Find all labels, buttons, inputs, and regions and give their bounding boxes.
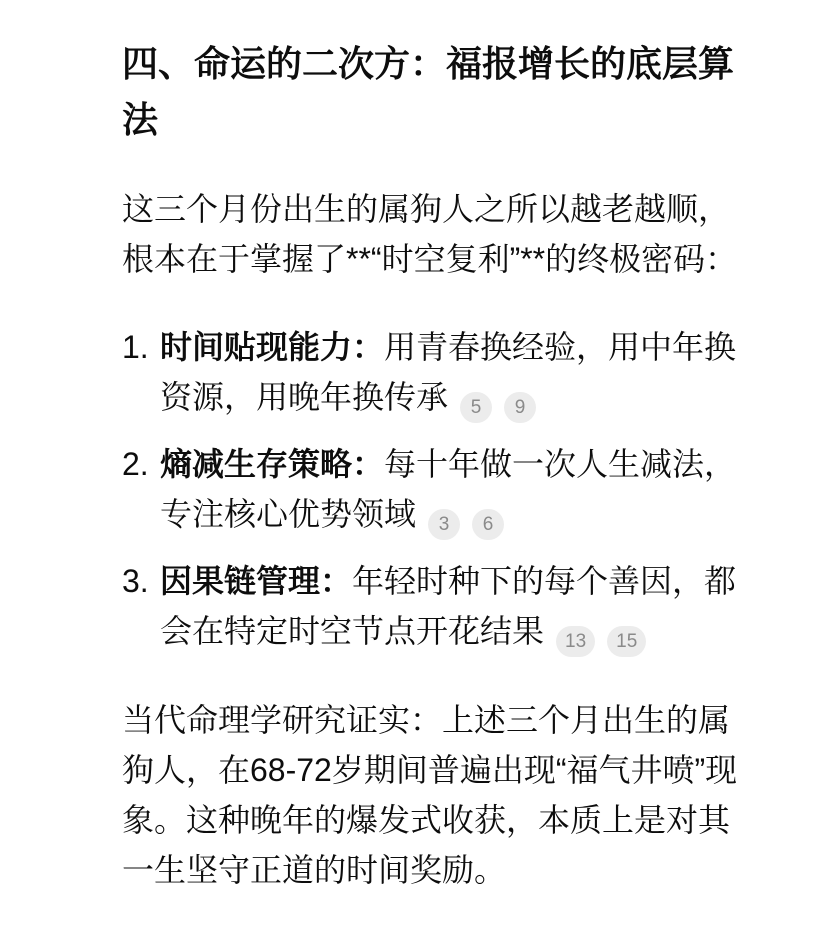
citation-badge[interactable]: 5 xyxy=(460,392,492,423)
list-item: 2.熵减生存策略：每十年做一次人生减法，专注核心优势领域36 xyxy=(160,439,754,540)
citation-badge[interactable]: 6 xyxy=(472,509,504,540)
citation-badge[interactable]: 15 xyxy=(607,626,646,657)
citation-badge[interactable]: 13 xyxy=(556,626,595,657)
closing-paragraph: 当代命理学研究证实：上述三个月出生的属狗人，在68-72岁期间普遍出现“福气井喷… xyxy=(122,695,754,895)
list-item-number: 1. xyxy=(122,322,149,372)
section-heading: 四、命运的二次方：福报增长的底层算法 xyxy=(122,36,754,148)
citation-badge[interactable]: 3 xyxy=(428,509,460,540)
list-item-term: 因果链管理： xyxy=(160,563,352,599)
citation-badge[interactable]: 9 xyxy=(504,392,536,423)
strategy-list: 1.时间贴现能力：用青春换经验，用中年换资源，用晚年换传承59 2.熵减生存策略… xyxy=(122,322,754,657)
list-item-term: 时间贴现能力： xyxy=(160,329,384,365)
list-item: 1.时间贴现能力：用青春换经验，用中年换资源，用晚年换传承59 xyxy=(160,322,754,423)
list-item-term: 熵减生存策略： xyxy=(160,446,384,482)
list-item-number: 2. xyxy=(122,439,149,489)
list-item-number: 3. xyxy=(122,556,149,606)
article-body: 四、命运的二次方：福报增长的底层算法 这三个月份出生的属狗人之所以越老越顺，根本… xyxy=(0,0,754,895)
intro-paragraph: 这三个月份出生的属狗人之所以越老越顺，根本在于掌握了**“时空复利”**的终极密… xyxy=(122,184,754,284)
list-item: 3.因果链管理：年轻时种下的每个善因，都会在特定时空节点开花结果1315 xyxy=(160,556,754,657)
